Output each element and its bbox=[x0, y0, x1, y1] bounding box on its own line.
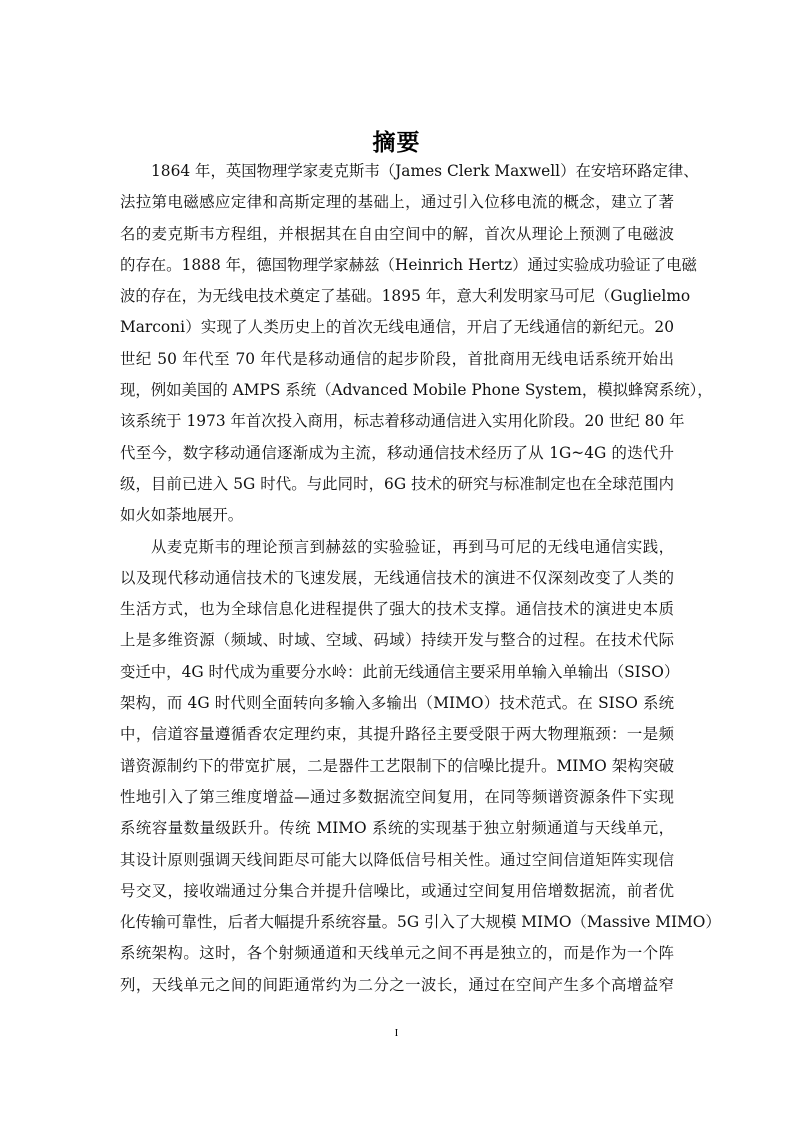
document-page: 摘要 1864 年，英国物理学家麦克斯韦（James Clerk Maxwell… bbox=[0, 0, 793, 1122]
text-line: 1864 年，英国物理学家麦克斯韦（James Clerk Maxwell）在安… bbox=[120, 156, 674, 187]
text-line: 以及现代移动通信技术的飞速发展，无线通信技术的演进不仅深刻改变了人类的 bbox=[120, 563, 674, 594]
text-line: 的存在。1888 年，德国物理学家赫兹（Heinrich Hertz）通过实验成… bbox=[120, 250, 674, 281]
paragraph-1: 1864 年，英国物理学家麦克斯韦（James Clerk Maxwell）在安… bbox=[120, 156, 674, 532]
text-line: 世纪 50 年代至 70 年代是移动通信的起步阶段，首批商用无线电话系统开始出 bbox=[120, 344, 674, 375]
abstract-body: 1864 年，英国物理学家麦克斯韦（James Clerk Maxwell）在安… bbox=[120, 156, 674, 1001]
text-line: 生活方式，也为全球信息化进程提供了强大的技术支撑。通信技术的演进史本质 bbox=[120, 594, 674, 625]
text-line: 变迁中，4G 时代成为重要分水岭：此前无线通信主要采用单输入单输出（SISO） bbox=[120, 657, 674, 688]
text-line: 从麦克斯韦的理论预言到赫兹的实验验证，再到马可尼的无线电通信实践， bbox=[120, 532, 674, 563]
text-line: 级，目前已进入 5G 时代。与此同时，6G 技术的研究与标准制定也在全球范围内 bbox=[120, 469, 674, 500]
text-line: 性地引入了第三维度增益—通过多数据流空间复用，在同等频谱资源条件下实现 bbox=[120, 782, 674, 813]
text-line: 号交叉，接收端通过分集合并提升信噪比，或通过空间复用倍增数据流，前者优 bbox=[120, 876, 674, 907]
text-line: Marconi）实现了人类历史上的首次无线电通信，开启了无线通信的新纪元。20 bbox=[120, 312, 674, 343]
text-line: 名的麦克斯韦方程组，并根据其在自由空间中的解，首次从理论上预测了电磁波 bbox=[120, 219, 674, 250]
text-line: 系统容量数量级跃升。传统 MIMO 系统的实现基于独立射频通道与天线单元， bbox=[120, 813, 674, 844]
text-line: 上是多维资源（频域、时域、空域、码域）持续开发与整合的过程。在技术代际 bbox=[120, 625, 674, 656]
text-line: 谱资源制约下的带宽扩展，二是器件工艺限制下的信噪比提升。MIMO 架构突破 bbox=[120, 751, 674, 782]
text-line: 架构，而 4G 时代则全面转向多输入多输出（MIMO）技术范式。在 SISO 系… bbox=[120, 688, 674, 719]
text-line: 列，天线单元之间的间距通常约为二分之一波长，通过在空间产生多个高增益窄 bbox=[120, 970, 674, 1001]
text-line: 法拉第电磁感应定律和高斯定理的基础上，通过引入位移电流的概念，建立了著 bbox=[120, 187, 674, 218]
text-line: 该系统于 1973 年首次投入商用，标志着移动通信进入实用化阶段。20 世纪 8… bbox=[120, 406, 674, 437]
text-line: 现，例如美国的 AMPS 系统（Advanced Mobile Phone Sy… bbox=[120, 375, 674, 406]
text-line: 代至今，数字移动通信逐渐成为主流，移动通信技术经历了从 1G~4G 的迭代升 bbox=[120, 438, 674, 469]
text-line: 波的存在，为无线电技术奠定了基础。1895 年，意大利发明家马可尼（Guglie… bbox=[120, 281, 674, 312]
page-number: I bbox=[0, 1027, 793, 1039]
paragraph-2: 从麦克斯韦的理论预言到赫兹的实验验证，再到马可尼的无线电通信实践， 以及现代移动… bbox=[120, 532, 674, 1001]
text-line: 其设计原则强调天线间距尽可能大以降低信号相关性。通过空间信道矩阵实现信 bbox=[120, 845, 674, 876]
text-line: 化传输可靠性，后者大幅提升系统容量。5G 引入了大规模 MIMO（Massive… bbox=[120, 907, 674, 938]
text-line: 系统架构。这时，各个射频通道和天线单元之间不再是独立的，而是作为一个阵 bbox=[120, 938, 674, 969]
page-title: 摘要 bbox=[0, 128, 793, 158]
text-line: 如火如荼地展开。 bbox=[120, 500, 674, 531]
text-line: 中，信道容量遵循香农定理约束，其提升路径主要受限于两大物理瓶颈：一是频 bbox=[120, 719, 674, 750]
